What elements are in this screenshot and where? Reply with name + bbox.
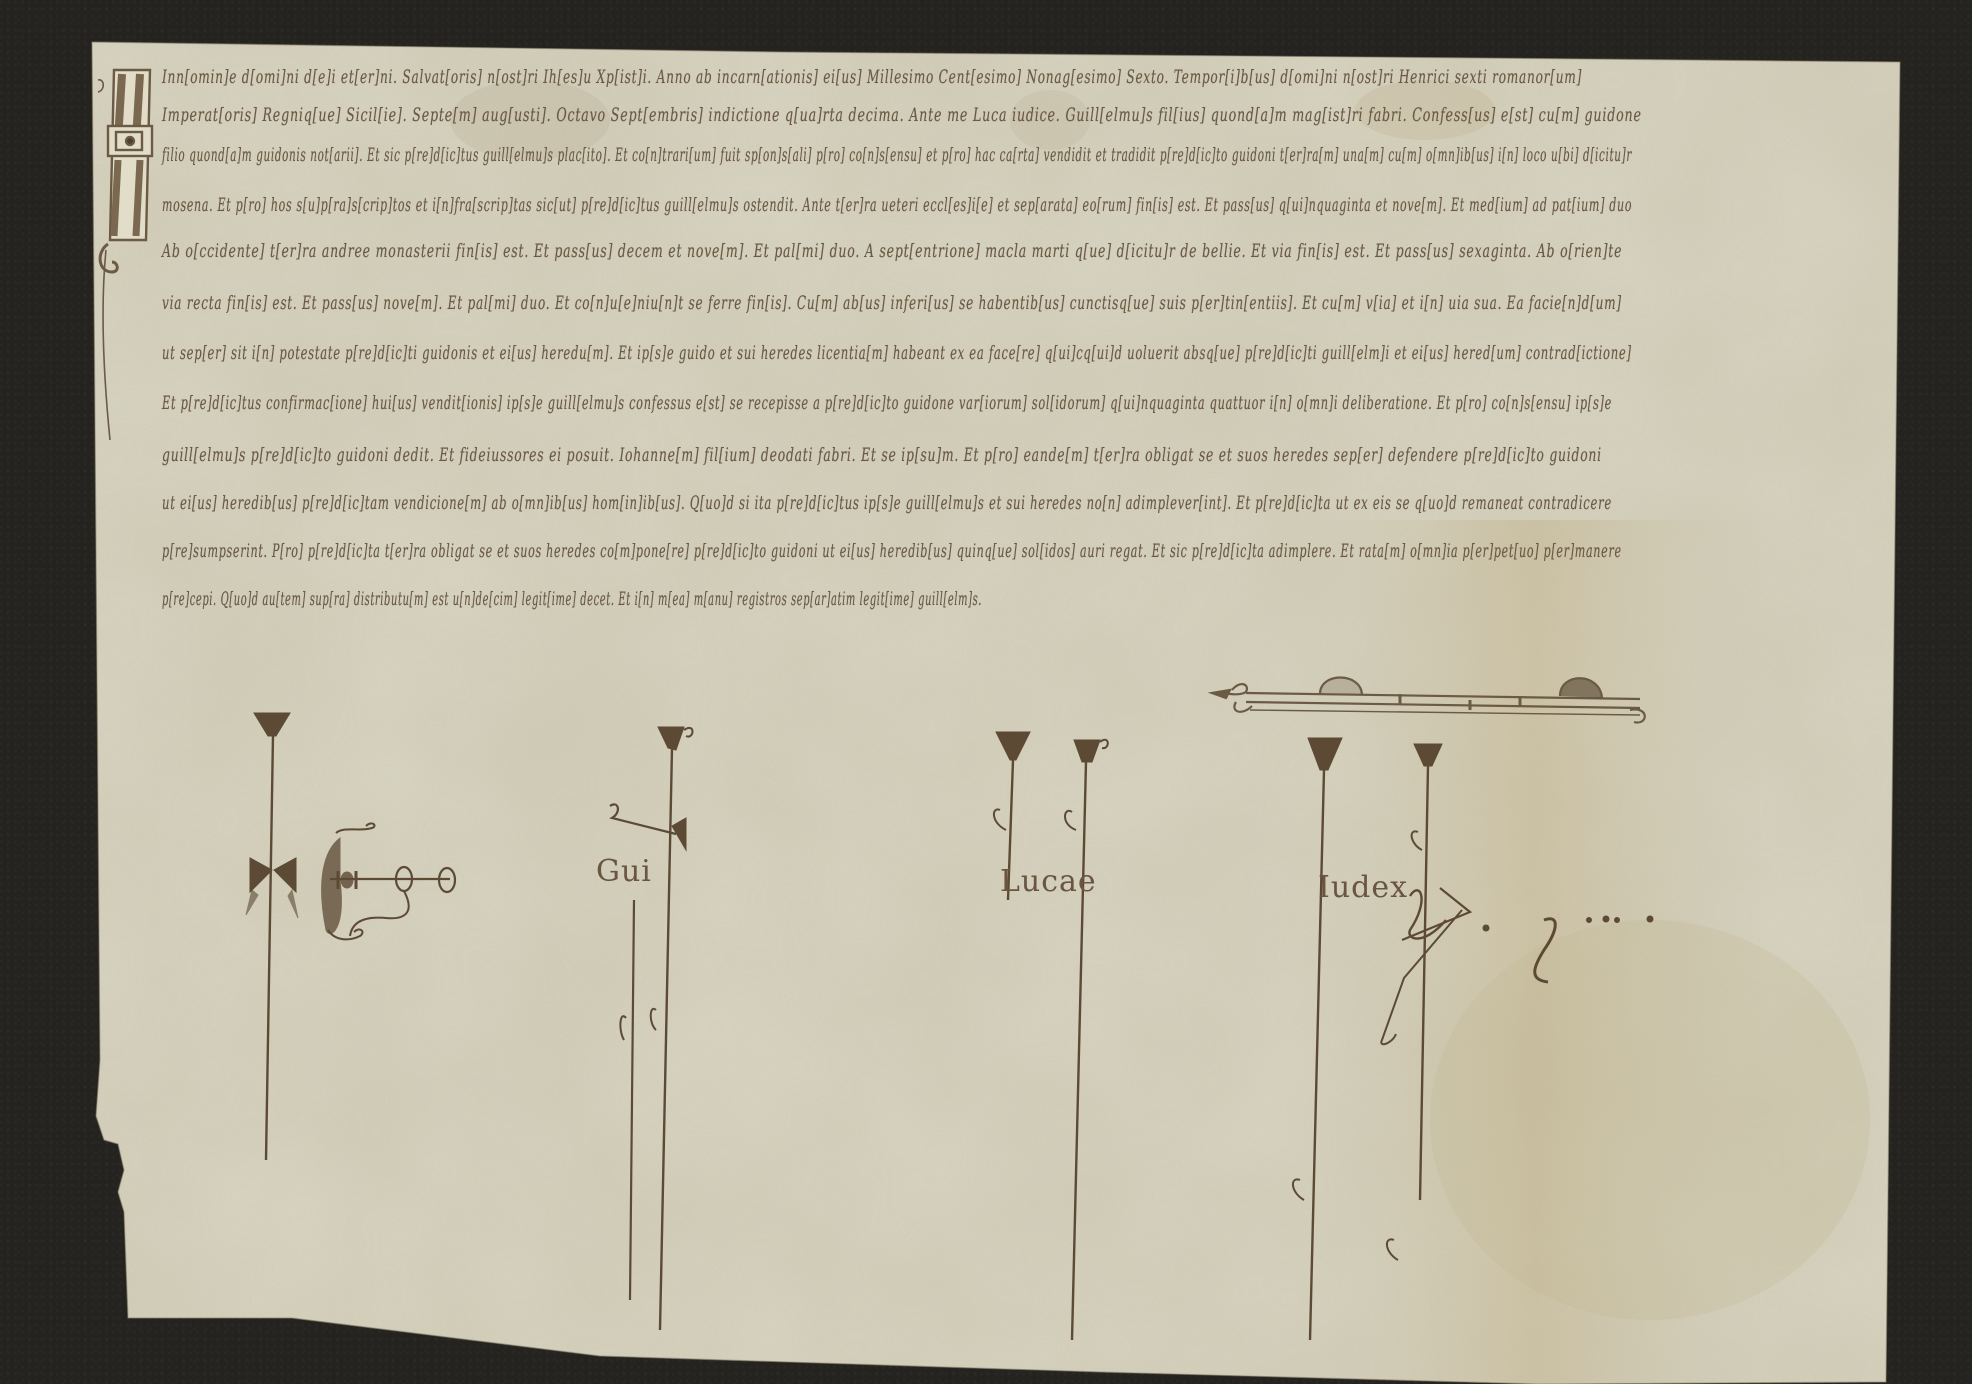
text-line-3: filio quond[a]m guidonis not[arii]. Et s…	[162, 144, 1632, 166]
signum-lucae-label: Lucae	[1000, 864, 1097, 899]
text-line-9: guill[elmu]s p[re]d[ic]to guidoni dedit.…	[162, 444, 1602, 466]
parchment-charter: Inn[omin]e d[omi]ni d[e]i et[er]ni. Salv…	[0, 0, 1972, 1384]
text-line-8: Et p[re]d[ic]tus confirmac[ione] hui[us]…	[162, 392, 1612, 414]
text-line-6: via recta fin[is] est. Et pass[us] nove[…	[162, 292, 1622, 314]
text-line-7: ut sep[er] sit i[n] potestate p[re]d[ic]…	[162, 342, 1632, 364]
signum-iudex-label: Iudex	[1318, 870, 1408, 905]
text-line-12: p[re]cepi. Q[uo]d au[tem] sup[ra] distri…	[162, 588, 982, 610]
text-line-10: ut ei[us] heredib[us] p[re]d[ic]tam vend…	[162, 492, 1612, 514]
text-line-5: Ab o[ccidente] t[er]ra andree monasterii…	[162, 240, 1622, 262]
text-line-11: p[re]sumpserint. P[ro] p[re]d[ic]ta t[er…	[162, 540, 1622, 562]
signum-gui-label: Gui	[596, 854, 652, 889]
text-line-2: Imperat[oris] Regniq[ue] Sicil[ie]. Sept…	[162, 104, 1642, 126]
text-line-1: Inn[omin]e d[omi]ni d[e]i et[er]ni. Salv…	[162, 66, 1582, 88]
text-line-4: mosena. Et p[ro] hos s[u]p[ra]s[crip]tos…	[162, 194, 1632, 216]
